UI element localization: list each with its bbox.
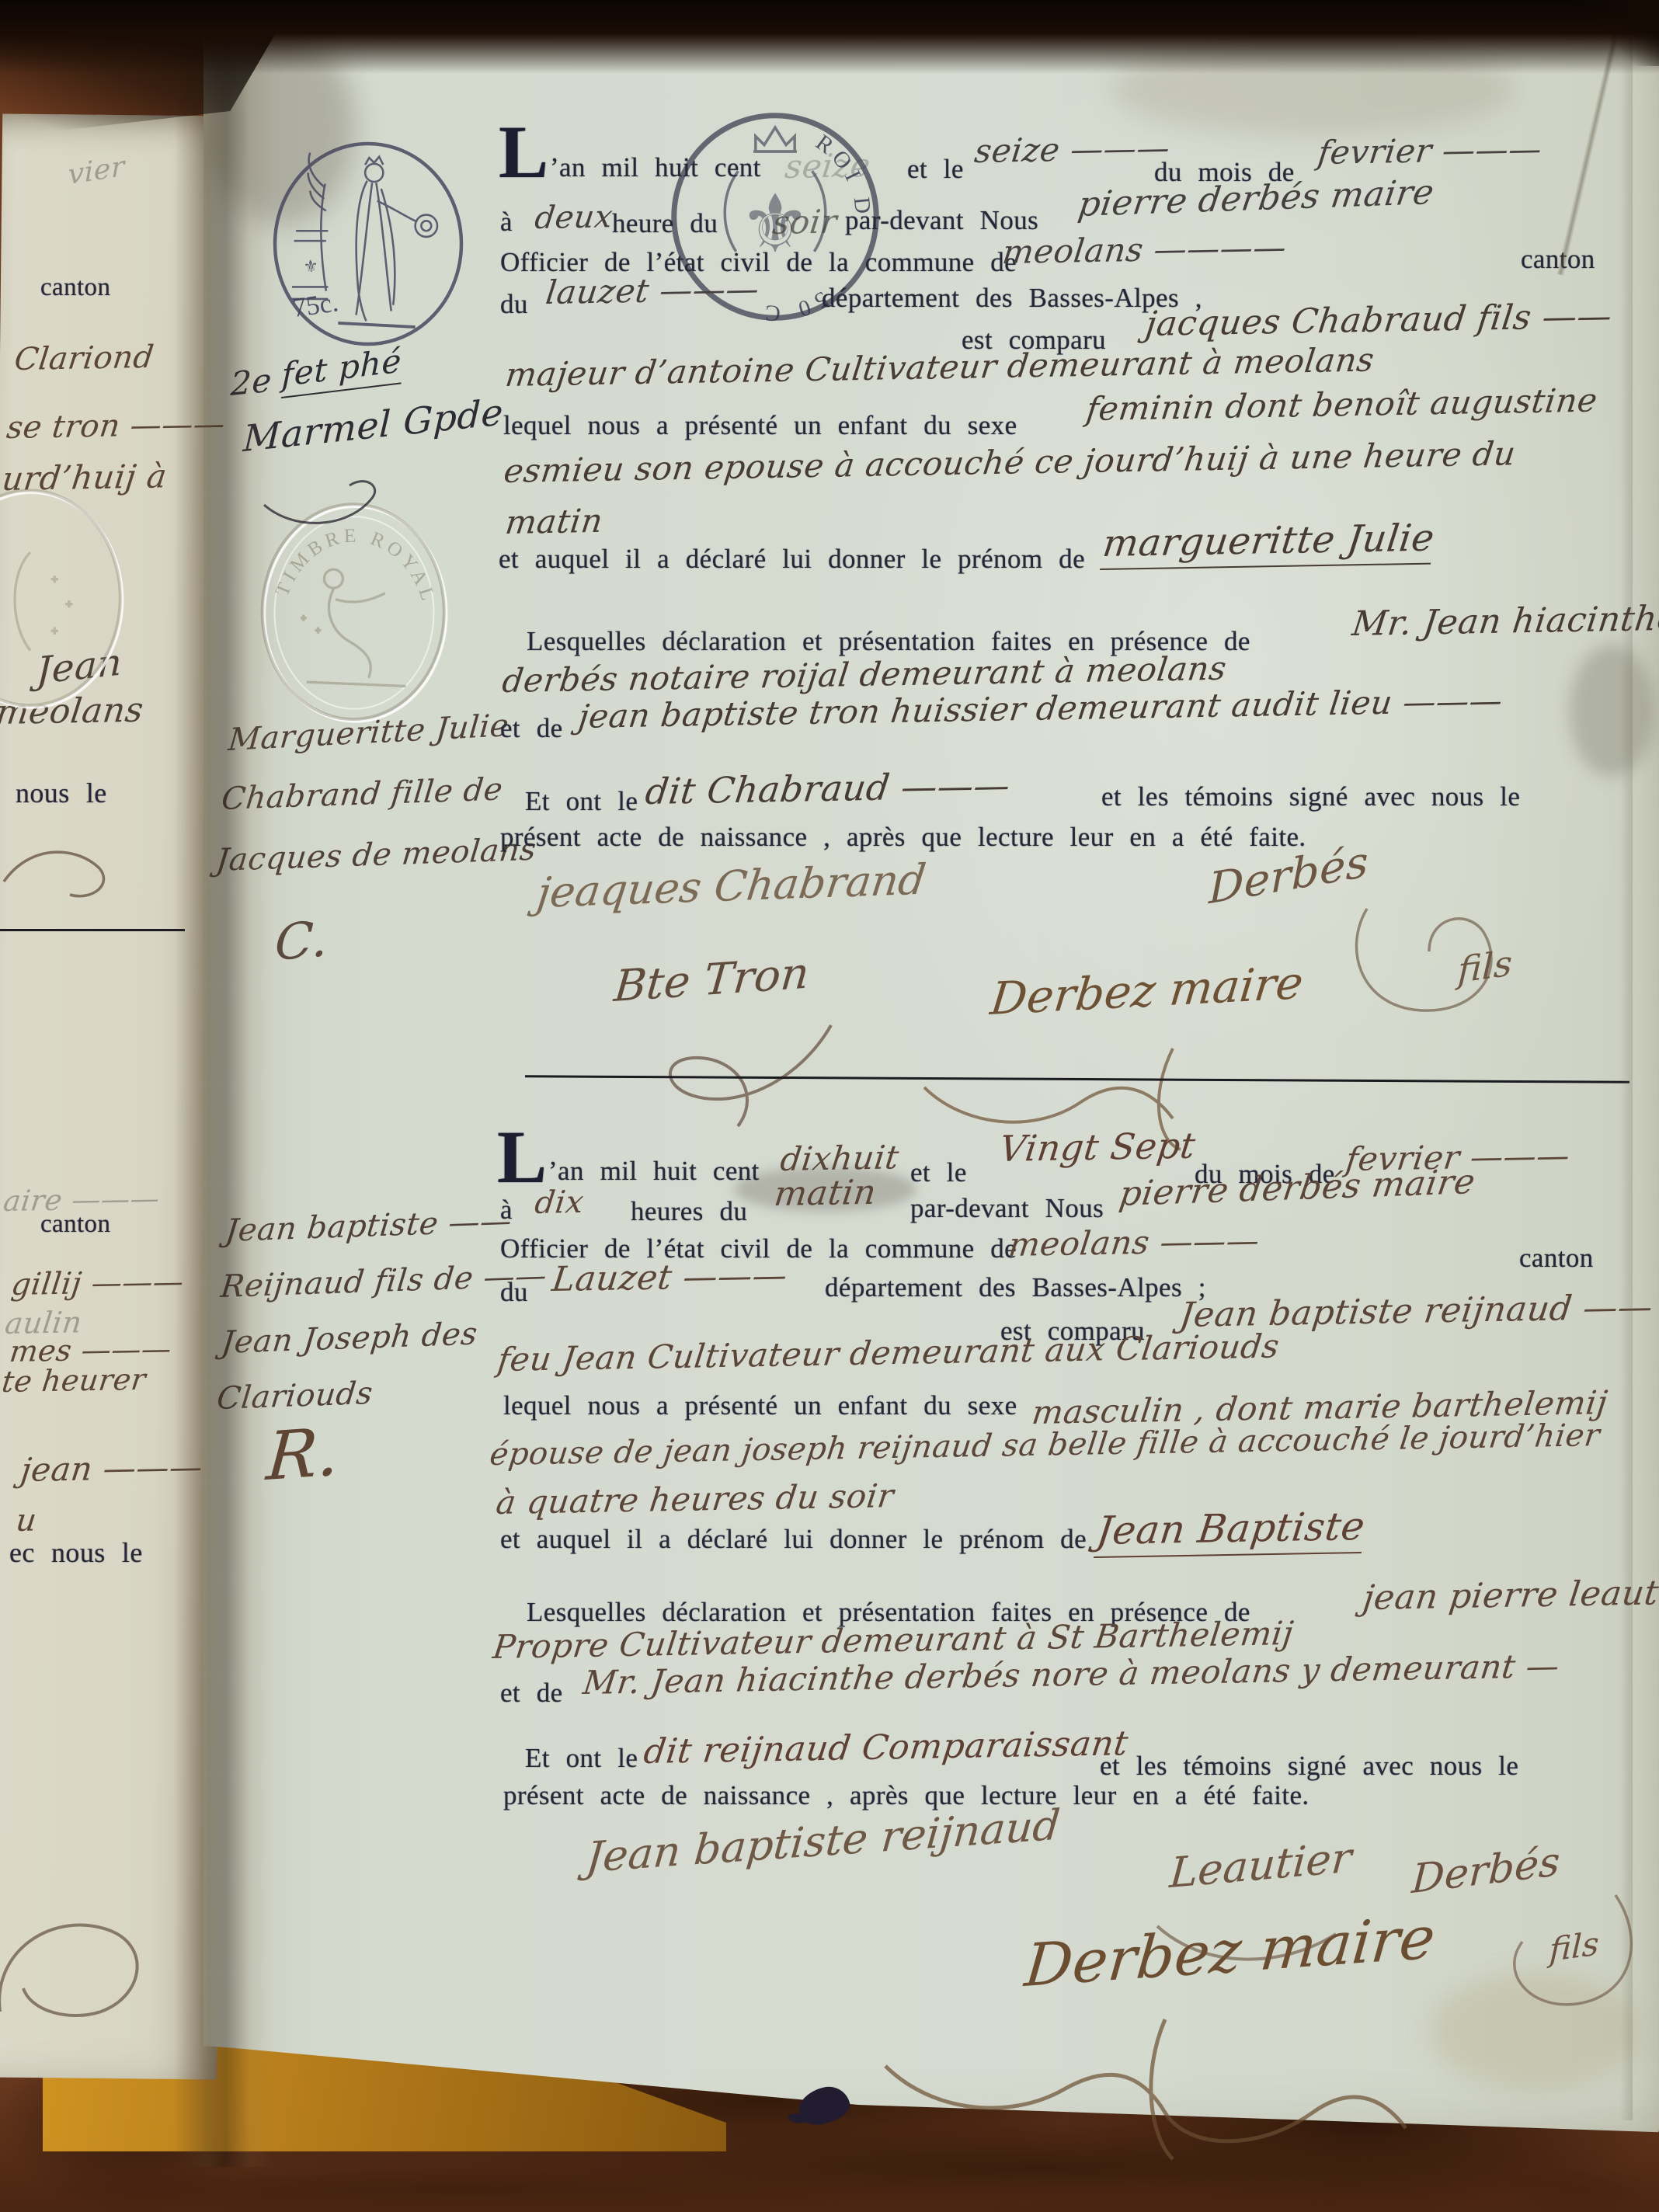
left-page-handwriting-fragment: gillij ——— [9, 1264, 186, 1303]
embossed-seal-text: TIMBRE ROYAL [271, 524, 440, 607]
left-page-handwriting-fragment: Clariond [12, 339, 156, 377]
act1-printed-canton: canton [1521, 244, 1595, 275]
left-page-signature-flourish [0, 839, 124, 916]
act1-printed-present: présent acte de naissance , après que le… [500, 822, 1306, 853]
act2-printed-a: à [500, 1195, 513, 1226]
act1-ledit-handwritten: dit Chabraud ——— [643, 764, 1013, 812]
act2-hour-handwritten: dix [533, 1184, 586, 1221]
act1-hour-handwritten: deux [533, 199, 614, 236]
left-page-printed-fragment: nous le [16, 777, 107, 809]
act1-dropcap: L [499, 123, 548, 183]
act2-day-handwritten: Vingt Sept [997, 1125, 1198, 1170]
act1-printed-du: du [500, 289, 528, 320]
act2-printed-canton: canton [1519, 1243, 1594, 1274]
embossed-seal-left [0, 480, 134, 718]
svg-text:TIMBRE ROYAL: TIMBRE ROYAL [271, 524, 440, 607]
act2-commune-handwritten: meolans ——— [1007, 1221, 1262, 1264]
act2-witness1-handwritten: jean pierre leautier [1361, 1572, 1659, 1618]
left-page-rule [0, 929, 185, 931]
margin-initial-r: R. [264, 1414, 343, 1496]
left-page-printed-fragment: ec nous le [9, 1536, 143, 1569]
act1-year-handwritten: seize [783, 146, 873, 186]
act1-printed-prenom: et auquel il a déclaré lui donner le pré… [499, 544, 1085, 575]
act2-mother-line2-handwritten: à quatre heures du soir [494, 1476, 896, 1522]
act1-printed-etont: Et ont le [525, 786, 638, 817]
act2-canton-handwritten: Lauzet ——— [550, 1256, 790, 1299]
act2-printed-etde: et de [500, 1678, 563, 1709]
margin-note-duplicate: 2e [230, 361, 273, 403]
act1-printed-a: à [500, 207, 513, 238]
photo-of-birth-register: vier canton Clariond se tron ——— urd’hui… [0, 0, 1659, 2212]
act1-derbes-paraph [1336, 885, 1538, 1041]
act1-printed-temoins: et les témoins signé avec nous le [1101, 781, 1520, 812]
act2-printed-temoins: et les témoins signé avec nous le [1100, 1751, 1518, 1782]
act2-maire-paraph [870, 2004, 1414, 2182]
act2-year-handwritten: dixhuit [778, 1138, 901, 1178]
fiscal-stamp-fleur-icon: ⚜ [302, 256, 319, 276]
act1-printed-departement: département des Basses-Alpes , [822, 283, 1202, 314]
act1-printed-etle: et le [907, 154, 964, 185]
act2-printed-present: présent acte de naissance , après que le… [503, 1780, 1309, 1811]
act1-printed-pardevant: par-devant Nous [845, 205, 1038, 236]
act2-printed-etle: et le [910, 1157, 967, 1188]
left-page-printed-canton: canton [40, 273, 110, 302]
act1-child-name-handwritten: margueritte Julie [1100, 516, 1437, 570]
act1-canton-handwritten: lauzet ——— [544, 270, 761, 311]
act1-commune-handwritten: meolans ———— [1000, 228, 1289, 271]
act2-printed-du: du [500, 1277, 528, 1308]
act2-printed-an: ’an mil huit cent [548, 1156, 760, 1187]
act2-printed-prenom: et auquel il a déclaré lui donner le pré… [500, 1524, 1087, 1555]
act2-child-name-handwritten: Jean Baptiste [1094, 1504, 1368, 1558]
act1-mother-line2-handwritten: matin [503, 502, 605, 541]
margin-child2-place: Clariouds [215, 1376, 374, 1417]
left-page-handwriting-fragment: se tron ——— [5, 406, 227, 446]
act1-declarant-handwritten: jacques Chabraud fils —— [1143, 297, 1614, 344]
act1-printed-heuredu: heure du [612, 208, 718, 239]
left-page-printed-canton: canton [40, 1210, 110, 1239]
left-page-handwriting-fragment: te heurer [0, 1362, 148, 1399]
margin-note-paraph [256, 466, 396, 536]
act2-printed-etont: Et ont le [525, 1743, 638, 1774]
act2-moment-handwritten: matin [772, 1173, 878, 1214]
act2-dropcap: L [497, 1128, 547, 1188]
act1-day-handwritten: seize ——— [972, 129, 1172, 170]
act2-printed-pardevant: par-devant Nous [910, 1193, 1104, 1224]
fiscal-stamp-value: 75c. [290, 287, 340, 323]
act1-printed-lequel: lequel nous a présenté un enfant du sexe [503, 410, 1017, 441]
act1-witness1-handwritten: Mr. Jean hiacinthe [1350, 599, 1659, 644]
left-page-bottom-flourish [0, 1895, 179, 2050]
left-page-handwriting-fragment: jean ——— [19, 1448, 205, 1489]
act2-printed-departement: département des Basses-Alpes ; [825, 1272, 1206, 1303]
act1-printed-etde: et de [500, 713, 563, 744]
act2-printed-lequel: lequel nous a présenté un enfant du sexe [503, 1390, 1017, 1421]
act1-printed-an: ’an mil huit cent [550, 152, 761, 183]
act1-month-handwritten: fevrier ——— [1316, 130, 1544, 172]
act2-derbes-paraph [1476, 1880, 1654, 2035]
fiscal-stamp-figure: ⚜ 75c. [268, 138, 468, 350]
act1-moment-handwritten: soir [770, 203, 840, 242]
act2-printed-heuresdu: heures du [631, 1196, 747, 1227]
margin-initial-c: C. [273, 910, 330, 972]
